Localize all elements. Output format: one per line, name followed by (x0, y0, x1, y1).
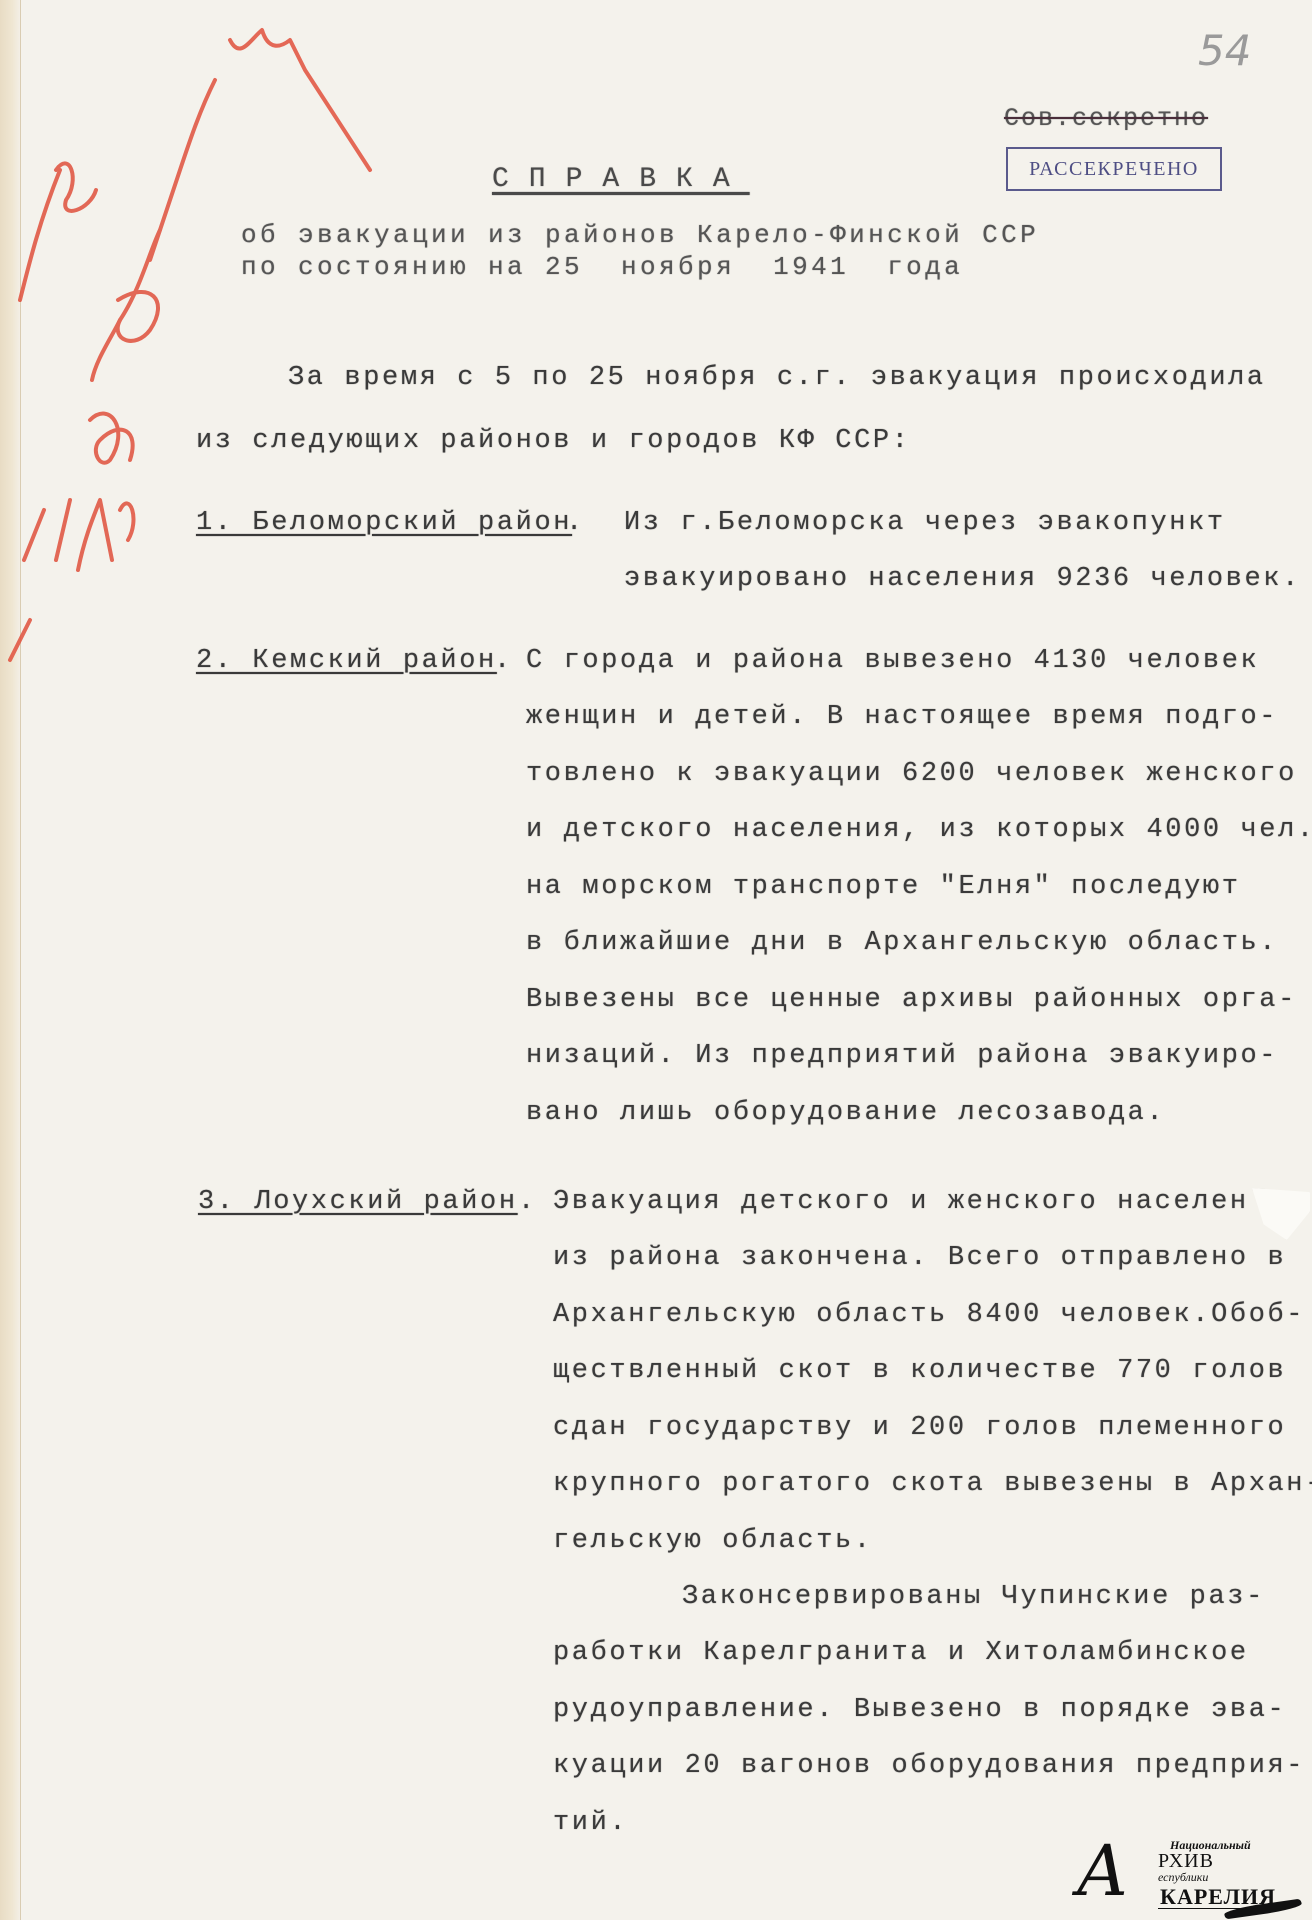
intro-line-1: За время с 5 по 25 ноября с.г. эвакуация… (288, 365, 1266, 392)
section-line: сдан государству и 200 голов племенного (553, 1415, 1286, 1442)
section-line: крупного рогатого скота вывезены в Архан… (553, 1471, 1312, 1498)
section-line: Вывезены все ценные архивы районных орга… (526, 987, 1297, 1014)
section-label-period: . (518, 1189, 537, 1216)
section-extra-line: куации 20 вагонов оборудования предприя- (553, 1753, 1305, 1780)
classification-struck: Сов.секретно (1004, 106, 1208, 131)
section-label: 1. Беломорский район (196, 510, 572, 537)
section-extra-line: рудоуправление. Вывезено в порядке эва- (553, 1697, 1286, 1724)
section-line: гельскую область. (553, 1528, 873, 1555)
logo-initial: А (1076, 1836, 1129, 1906)
section-line: в ближайшие дни в Архангельскую область. (526, 930, 1278, 957)
section-line: С города и района вывезено 4130 человек (526, 648, 1259, 675)
section-line: на морском транспорте "Елня" последуют (526, 874, 1241, 901)
section-label: 2. Кемский район (196, 648, 497, 675)
section-extra-line: Законсервированы Чупинские раз- (682, 1584, 1265, 1611)
section-line: ществленный скот в количестве 770 голов (553, 1358, 1286, 1385)
archive-logo: А Национальный РХИВ еспублики КАРЕЛИЯ (1074, 1832, 1306, 1916)
section-label: 3. Лоухский район (198, 1189, 518, 1216)
logo-line-3: еспублики (1158, 1870, 1208, 1885)
section-line: товлено к эвакуации 6200 человек женског… (526, 761, 1297, 788)
section-line: и детского населения, из которых 4000 че… (526, 817, 1312, 844)
section-line: низаций. Из предприятий района эвакуиро- (526, 1043, 1278, 1070)
section-label-period: . (494, 648, 513, 675)
section-extra-line: работки Карелгранита и Хитоламбинское (553, 1640, 1249, 1667)
declassified-stamp: РАССЕКРЕЧЕНО (1006, 147, 1222, 191)
section-line: женщин и детей. В настоящее время подго- (526, 704, 1278, 731)
section-extra-line: тий. (553, 1810, 628, 1837)
intro-line-2: из следующих районов и городов КФ ССР: (196, 428, 911, 455)
subtitle-line-1: об эвакуации из районов Карело-Финской С… (241, 222, 1039, 248)
section-line: эвакуировано населения 9236 человек. (624, 566, 1301, 593)
subtitle-line-2: по состоянию на 25 ноября 1941 года (241, 254, 963, 280)
section-line: вано лишь оборудование лесозавода. (526, 1100, 1165, 1127)
section-label-period: . (566, 510, 585, 537)
declassified-stamp-text: РАССЕКРЕЧЕНО (1029, 158, 1199, 181)
section-line: Архангельскую область 8400 человек.Обоб- (553, 1302, 1305, 1329)
section-line: из района закончена. Всего отправлено в (553, 1245, 1286, 1272)
document-title: СПРАВКА (492, 166, 750, 194)
section-line: Эвакуация детского и женского населен (553, 1189, 1249, 1216)
section-line: Из г.Беломорска через эвакопункт (624, 510, 1226, 537)
handwritten-resolution-icon (0, 0, 380, 700)
torn-corner (1252, 1188, 1310, 1240)
page-number: 54 (1198, 26, 1251, 75)
